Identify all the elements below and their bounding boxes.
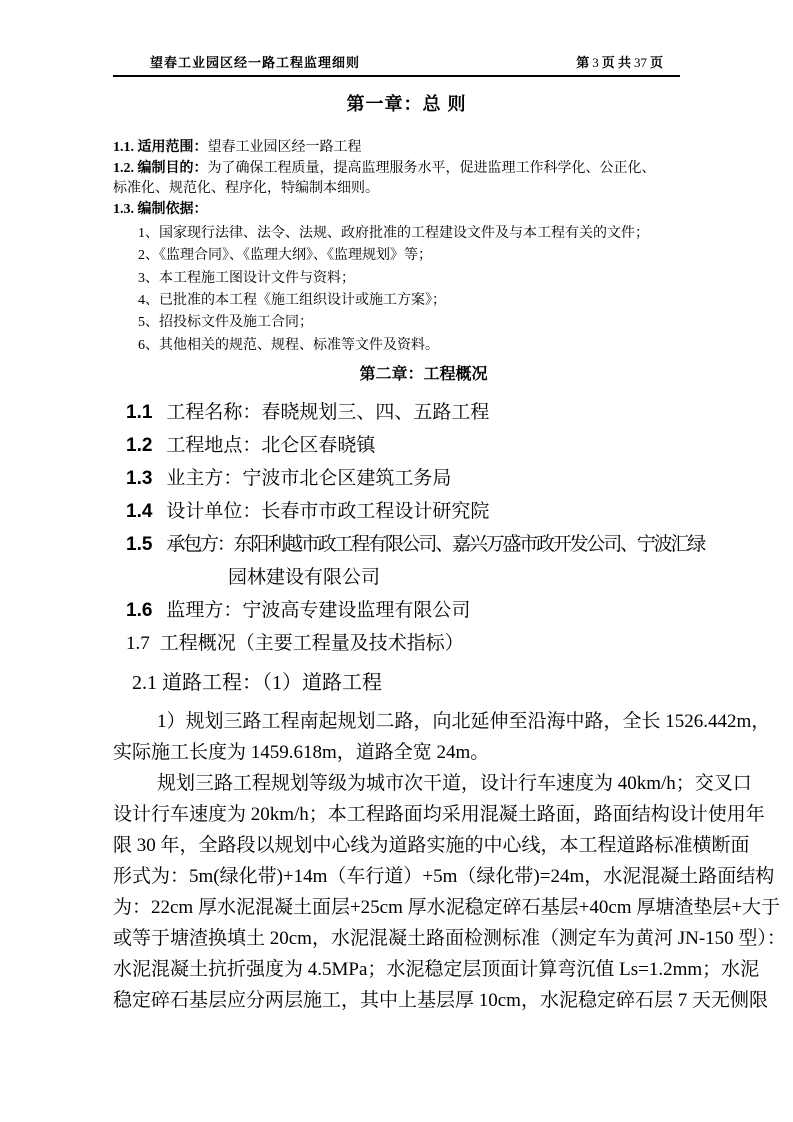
clause-purpose: 1.2. 编制目的：为了确保工程质量，提高监理服务水平，促进监理工作科学化、公正… [113,159,680,200]
paragraph-line: 实际施工长度为 1459.618m，道路全宽 24m。 [113,737,680,768]
paragraph-line: 限 30 年，全路段以规划中心线为道路实施的中心线，本工程道路标准横断面 [113,830,680,861]
basis-list-item: 5、招投标文件及施工合同； [138,312,680,334]
chapter2-item: 1.4设计单位：长春市市政工程设计研究院 [126,495,680,528]
chapter2-item: 1.3业主方：宁波市北仑区建筑工务局 [126,462,680,495]
document-page: 望春工业园区经一路工程监理细则 第3页 共37页 第一章：总 则 1.1. 适用… [0,0,793,1122]
chapter2-item-text: 工程概况（主要工程量及技术指标） [160,633,464,654]
basis-list-item: 6、其他相关的规范、规程、标准等文件及资料。 [138,335,680,357]
paragraph-line: 规划三路工程规划等级为城市次干道，设计行车速度为 40km/h；交叉口 [113,768,680,799]
section-2-1-heading: 2.1 道路工程：（1）道路工程 [132,669,680,697]
chapter2-item: 1.5承包方：东阳利越市政工程有限公司、嘉兴万盛市政开发公司、宁波汇绿园林建设有… [126,528,680,594]
chapter2-item-number: 1.6 [126,600,152,621]
chapter2-item: 1.6监理方：宁波高专建设监理有限公司 [126,594,680,627]
paragraph-line: 1）规划三路工程南起规划二路，向北延伸至沿海中路，全长 1526.442m， [113,706,680,737]
chapter2-item-text: 监理方：宁波高专建设监理有限公司 [166,600,470,621]
clause-scope-label: 1.1. 适用范围： [113,140,208,155]
chapter2-item-number: 1.5 [126,534,152,555]
section-2-1-paragraphs: 1）规划三路工程南起规划二路，向北延伸至沿海中路，全长 1526.442m， 实… [113,706,680,1016]
chapter2-item-text: 业主方：宁波市北仑区建筑工务局 [166,468,451,489]
basis-list: 1、国家现行法律、法令、法规、政府批准的工程建设文件及与本工程有关的文件； 2、… [138,223,680,357]
basis-list-item: 4、已批准的本工程《施工组织设计或施工方案》； [138,290,680,312]
clause-basis: 1.3. 编制依据： [113,200,680,221]
document-body: 第一章：总 则 1.1. 适用范围：望春工业园区经一路工程 1.2. 编制目的：… [113,0,680,1016]
chapter1-body: 1.1. 适用范围：望春工业园区经一路工程 1.2. 编制目的：为了确保工程质量… [113,138,680,221]
chapter2-item-continuation: 园林建设有限公司 [126,561,680,594]
chapter2-item-number: 1.3 [126,468,152,489]
clause-scope: 1.1. 适用范围：望春工业园区经一路工程 [113,138,680,159]
paragraph-line: 或等于塘渣换填土 20cm，水泥混凝土路面检测标准（测定车为黄河 JN-150 … [113,923,680,954]
basis-list-item: 2、《监理合同》、《监理大纲》、《监理规划》等； [138,245,680,267]
chapter2-item-text: 承包方：东阳利越市政工程有限公司、嘉兴万盛市政开发公司、宁波汇绿 [166,534,704,555]
chapter2-item-text: 设计单位：长春市市政工程设计研究院 [166,501,489,522]
chapter2-title: 第二章：工程概况 [113,364,680,386]
road-extent-paragraph: 1）规划三路工程南起规划二路，向北延伸至沿海中路，全长 1526.442m， 实… [113,706,680,768]
clause-purpose-label: 1.2. 编制目的： [113,161,208,176]
clause-basis-label: 1.3. 编制依据： [113,202,208,217]
chapter1-title: 第一章：总 则 [113,92,680,117]
chapter2-item-number: 1.2 [126,435,152,456]
chapter2-item: 1.2工程地点：北仑区春晓镇 [126,429,680,462]
chapter2-item-list: 1.1工程名称：春晓规划三、四、五路工程 1.2工程地点：北仑区春晓镇 1.3业… [126,396,680,660]
chapter2-item-number: 1.7 [126,633,150,654]
chapter2-item-text: 工程名称：春晓规划三、四、五路工程 [166,402,489,423]
chapter2-item: 1.1工程名称：春晓规划三、四、五路工程 [126,396,680,429]
clause-purpose-line1: 为了确保工程质量，提高监理服务水平，促进监理工作科学化、公正化、 [208,161,656,176]
basis-list-item: 3、本工程施工图设计文件与资料； [138,268,680,290]
paragraph-line: 水泥混凝土抗折强度为 4.5MPa；水泥稳定层顶面计算弯沉值 Ls=1.2mm；… [113,954,680,985]
basis-list-item: 1、国家现行法律、法令、法规、政府批准的工程建设文件及与本工程有关的文件； [138,223,680,245]
paragraph-line: 设计行车速度为 20km/h；本工程路面均采用混凝土路面，路面结构设计使用年 [113,799,680,830]
clause-scope-text: 望春工业园区经一路工程 [208,140,362,155]
paragraph-line: 稳定碎石基层应分两层施工，其中上基层厚 10cm，水泥稳定碎石层 7 天无侧限 [113,985,680,1016]
clause-purpose-line2: 标准化、规范化、程序化，特编制本细则。 [113,181,379,196]
paragraph-line: 为：22cm 厚水泥混凝土面层+25cm 厚水泥稳定碎石基层+40cm 厚塘渣垫… [113,892,680,923]
chapter2-item: 1.7工程概况（主要工程量及技术指标） [126,627,680,660]
chapter2-item-number: 1.1 [126,402,152,423]
road-spec-paragraph: 规划三路工程规划等级为城市次干道，设计行车速度为 40km/h；交叉口 设计行车… [113,768,680,1016]
paragraph-line: 形式为：5m(绿化带)+14m（车行道）+5m（绿化带)=24m，水泥混凝土路面… [113,861,680,892]
chapter2-item-text: 工程地点：北仑区春晓镇 [166,435,375,456]
chapter2-item-number: 1.4 [126,501,152,522]
